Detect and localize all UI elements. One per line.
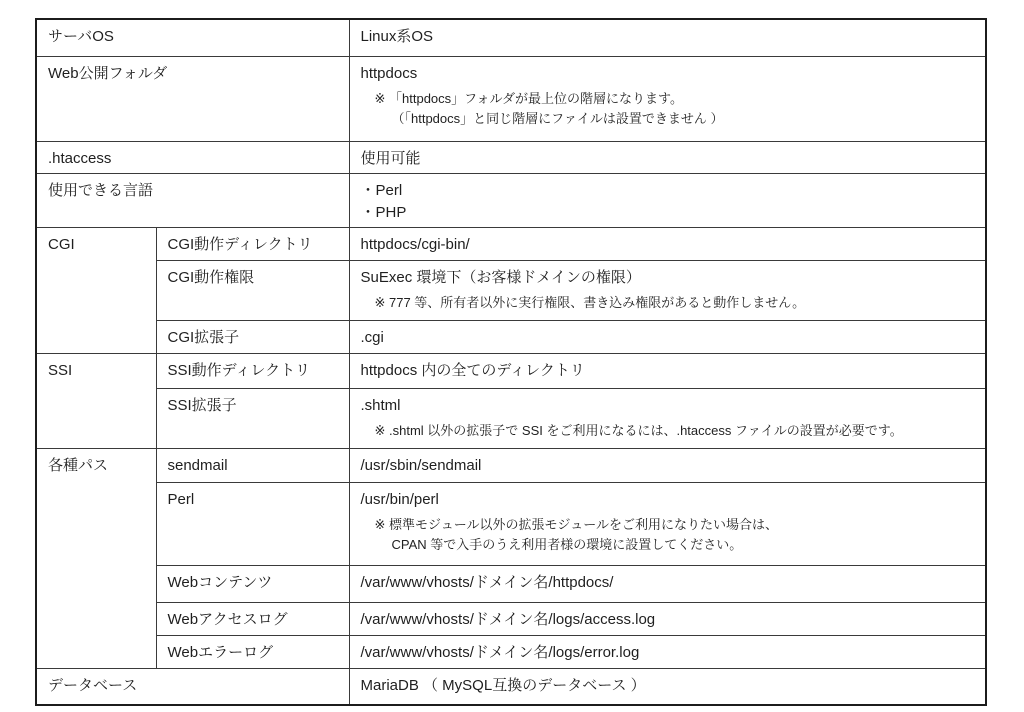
row-value-cgi-ext: .cgi (349, 320, 986, 353)
page: サーバOS Linux系OS Web公開フォルダ httpdocs ※ 「htt… (0, 0, 1024, 712)
table-row: Webコンテンツ /var/www/vhosts/ドメイン名/httpdocs/ (36, 565, 986, 602)
table-row: CGI拡張子 .cgi (36, 320, 986, 353)
value-note: CPAN 等で入手のうえ利用者様の環境に設置してください。 (361, 536, 976, 553)
value-note: ※ .shtml 以外の拡張子で SSI をご利用になるには、.htaccess… (361, 422, 976, 439)
row-value-web-error-log: /var/www/vhosts/ドメイン名/logs/error.log (349, 635, 986, 668)
group-label-paths: 各種パス (36, 448, 156, 668)
row-value-htaccess: 使用可能 (349, 141, 986, 173)
table-row: データベース MariaDB （ MySQL互換のデータベース ） (36, 668, 986, 705)
table-row: Webエラーログ /var/www/vhosts/ドメイン名/logs/erro… (36, 635, 986, 668)
table-row: CGI動作権限 SuExec 環境下（お客様ドメインの権限） ※ 777 等、所… (36, 260, 986, 320)
value-note: ※ 「httpdocs」フォルダが最上位の階層になります。 (361, 90, 976, 107)
table-row: サーバOS Linux系OS (36, 19, 986, 56)
row-value-languages: ・Perl ・PHP (349, 173, 986, 227)
value-note: ※ 777 等、所有者以外に実行権限、書き込み権限があると動作しません。 (361, 294, 976, 311)
value-text: httpdocs (361, 64, 976, 84)
row-label-sendmail: sendmail (156, 448, 349, 482)
table-row: 使用できる言語 ・Perl ・PHP (36, 173, 986, 227)
value-text: /usr/bin/perl (361, 490, 976, 510)
row-label-ssi-ext: SSI拡張子 (156, 388, 349, 448)
row-label-database: データベース (36, 668, 349, 705)
row-value-database: MariaDB （ MySQL互換のデータベース ） (349, 668, 986, 705)
value-text: ・Perl (361, 181, 976, 201)
row-value-perl-path: /usr/bin/perl ※ 標準モジュール以外の拡張モジュールをご利用になり… (349, 482, 986, 565)
row-label-cgi-ext: CGI拡張子 (156, 320, 349, 353)
row-label-server-os: サーバOS (36, 19, 349, 56)
table-row: Web公開フォルダ httpdocs ※ 「httpdocs」フォルダが最上位の… (36, 56, 986, 141)
row-label-web-error-log: Webエラーログ (156, 635, 349, 668)
row-value-ssi-ext: .shtml ※ .shtml 以外の拡張子で SSI をご利用になるには、.h… (349, 388, 986, 448)
row-value-sendmail: /usr/sbin/sendmail (349, 448, 986, 482)
table-row: .htaccess 使用可能 (36, 141, 986, 173)
row-value-cgi-dir: httpdocs/cgi-bin/ (349, 227, 986, 260)
group-label-cgi: CGI (36, 227, 156, 353)
row-label-ssi-dir: SSI動作ディレクトリ (156, 353, 349, 388)
table-row: CGI CGI動作ディレクトリ httpdocs/cgi-bin/ (36, 227, 986, 260)
row-value-ssi-dir: httpdocs 内の全てのディレクトリ (349, 353, 986, 388)
value-text: SuExec 環境下（お客様ドメインの権限） (361, 268, 976, 288)
row-label-cgi-perm: CGI動作権限 (156, 260, 349, 320)
row-value-web-access-log: /var/www/vhosts/ドメイン名/logs/access.log (349, 602, 986, 635)
server-spec-table: サーバOS Linux系OS Web公開フォルダ httpdocs ※ 「htt… (35, 18, 987, 706)
table-row: Perl /usr/bin/perl ※ 標準モジュール以外の拡張モジュールをご… (36, 482, 986, 565)
row-label-web-access-log: Webアクセスログ (156, 602, 349, 635)
row-label-cgi-dir: CGI動作ディレクトリ (156, 227, 349, 260)
table-row: 各種パス sendmail /usr/sbin/sendmail (36, 448, 986, 482)
value-note: ※ 標準モジュール以外の拡張モジュールをご利用になりたい場合は、 (361, 516, 976, 533)
table-row: SSI SSI動作ディレクトリ httpdocs 内の全てのディレクトリ (36, 353, 986, 388)
value-note: （「httpdocs」と同じ階層にファイルは設置できません ） (361, 110, 976, 127)
row-label-web-contents: Webコンテンツ (156, 565, 349, 602)
table-row: Webアクセスログ /var/www/vhosts/ドメイン名/logs/acc… (36, 602, 986, 635)
row-label-perl-path: Perl (156, 482, 349, 565)
row-label-web-folder: Web公開フォルダ (36, 56, 349, 141)
table-row: SSI拡張子 .shtml ※ .shtml 以外の拡張子で SSI をご利用に… (36, 388, 986, 448)
row-label-htaccess: .htaccess (36, 141, 349, 173)
row-value-cgi-perm: SuExec 環境下（お客様ドメインの権限） ※ 777 等、所有者以外に実行権… (349, 260, 986, 320)
row-value-server-os: Linux系OS (349, 19, 986, 56)
row-value-web-folder: httpdocs ※ 「httpdocs」フォルダが最上位の階層になります。 （… (349, 56, 986, 141)
row-value-web-contents: /var/www/vhosts/ドメイン名/httpdocs/ (349, 565, 986, 602)
value-text: .shtml (361, 396, 976, 416)
group-label-ssi: SSI (36, 353, 156, 448)
row-label-languages: 使用できる言語 (36, 173, 349, 227)
value-text: ・PHP (361, 203, 976, 223)
